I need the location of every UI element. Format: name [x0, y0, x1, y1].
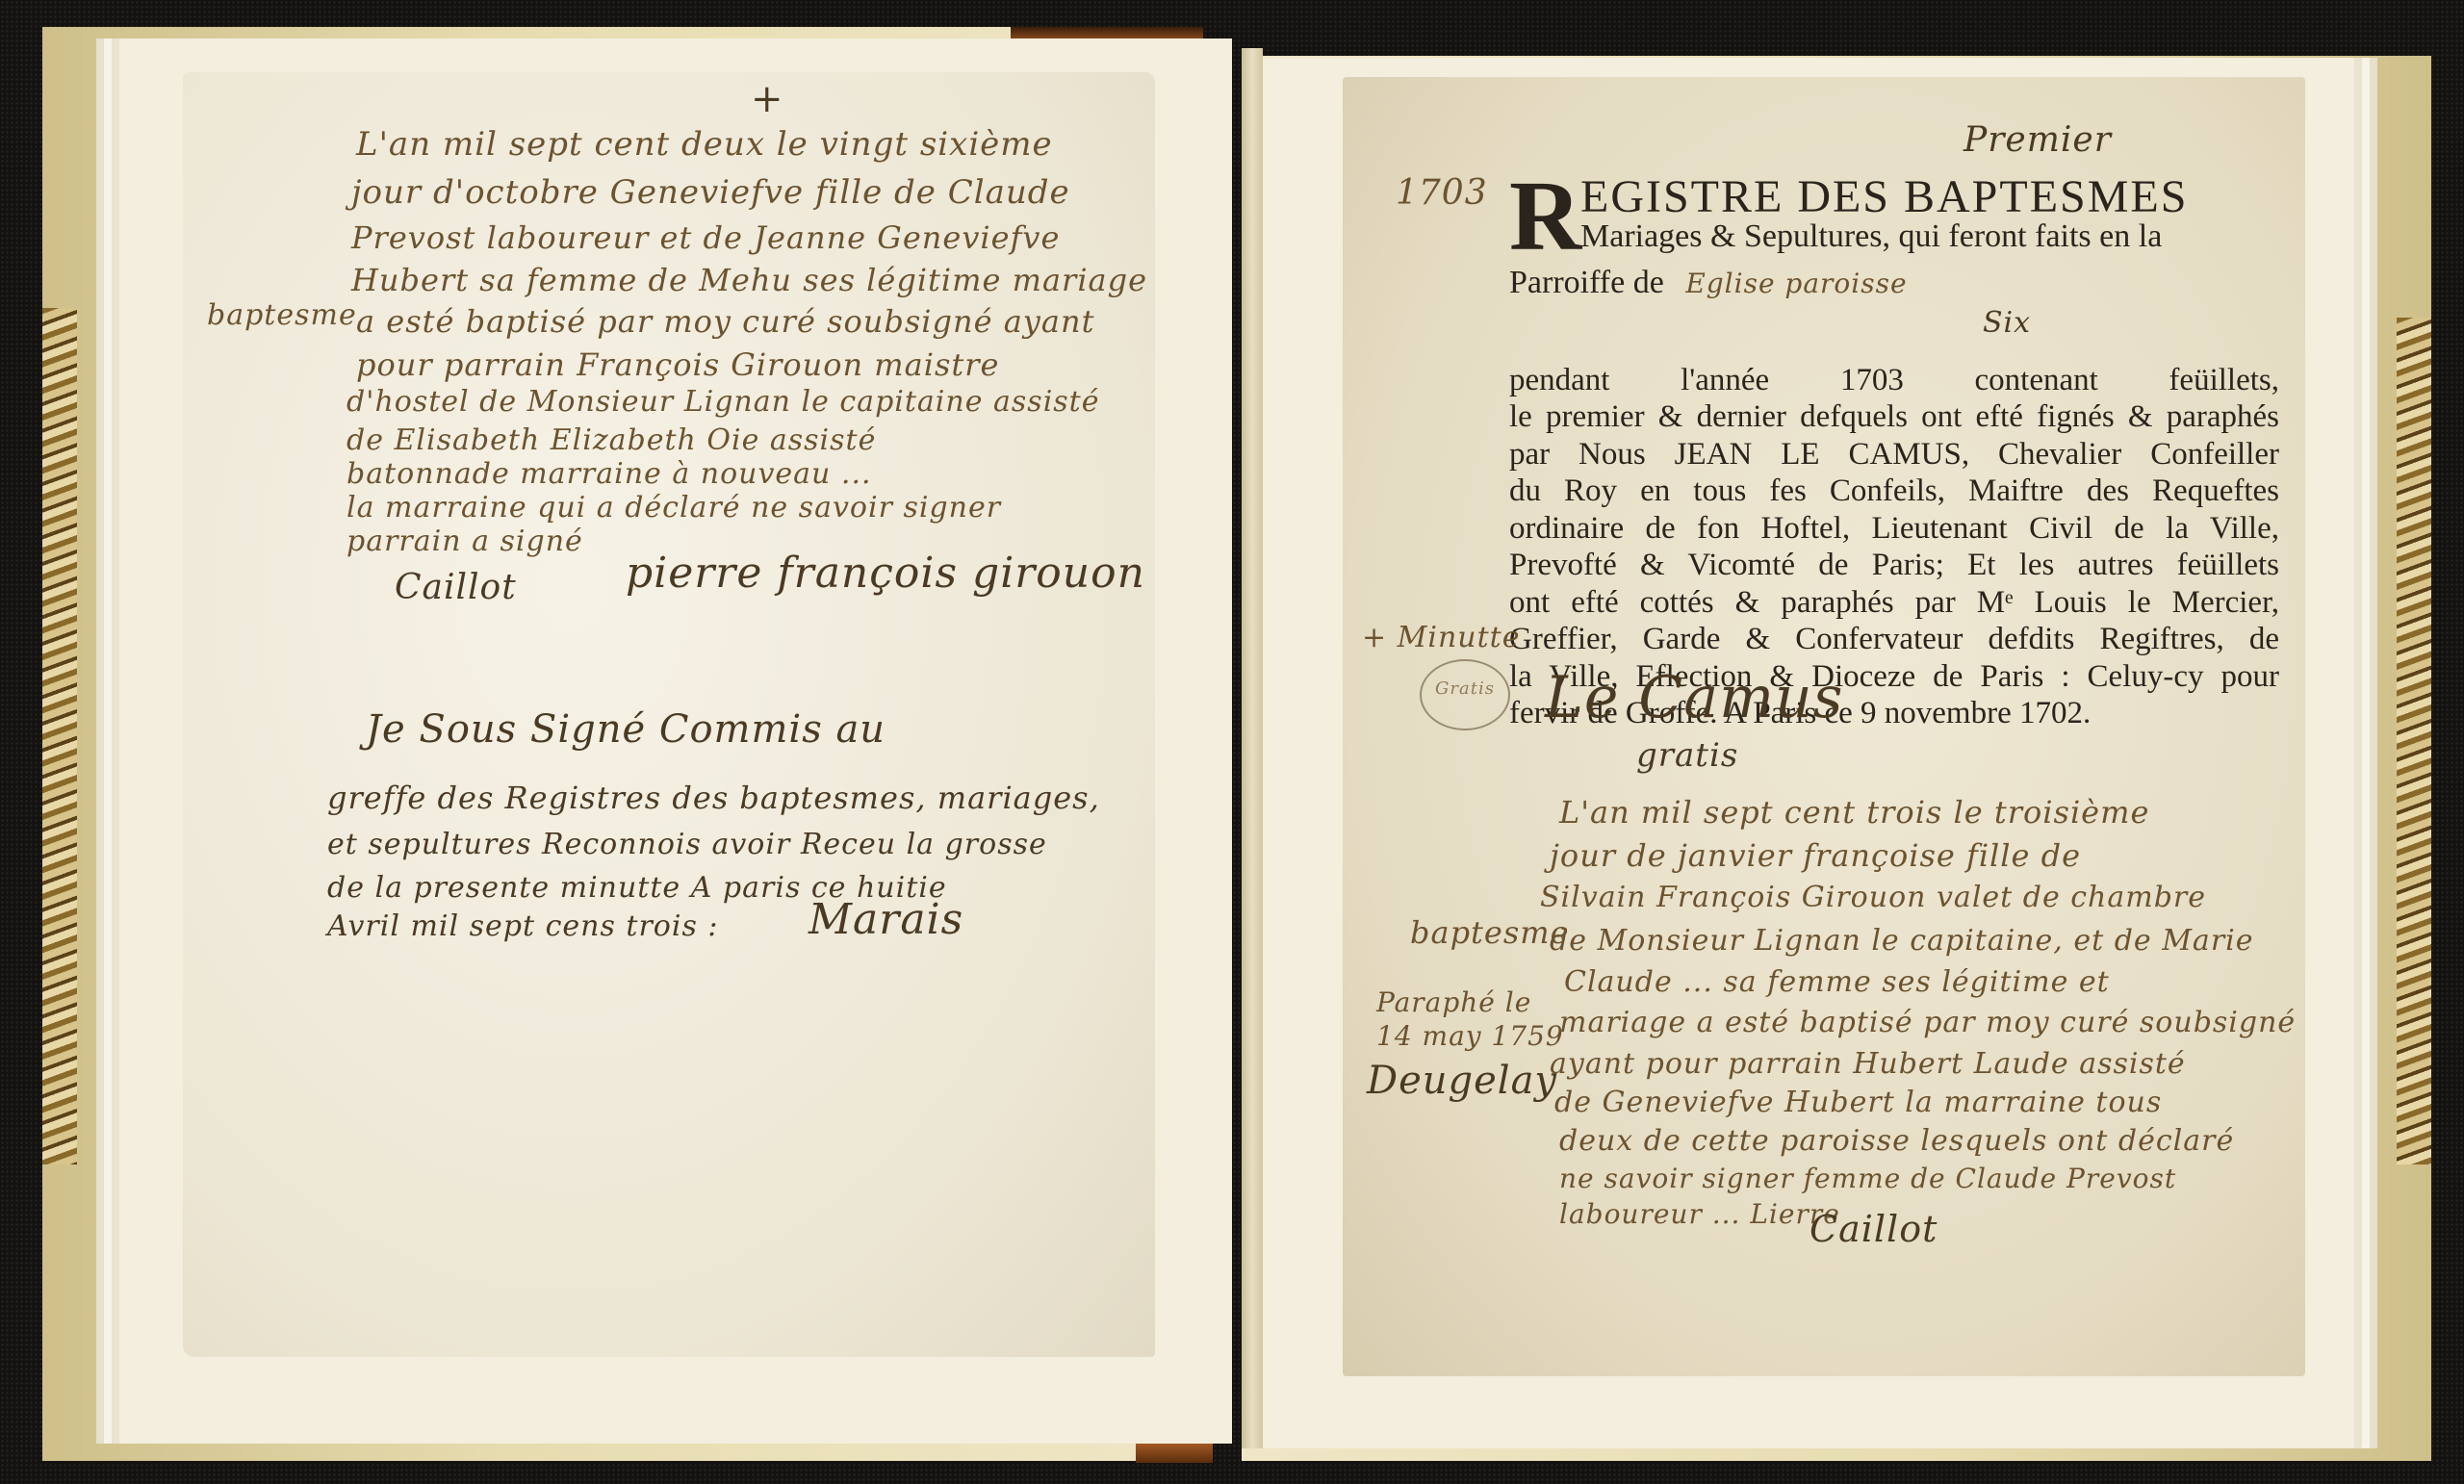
register-body-line: ont efté cottés & paraphés par Mᵉ Louis …	[1509, 584, 2279, 622]
printed-register-header: R EGISTRE DES BAPTESMES Mariages & Sepul…	[1509, 168, 2279, 732]
left-entry-line: parrain a signé	[346, 525, 583, 558]
right-entry-line: Claude ... sa femme ses légitime et	[1564, 965, 2110, 999]
official-subscript: gratis	[1636, 736, 1738, 775]
register-body-line: Prevofté & Vicomté de Paris; Et les autr…	[1509, 547, 2279, 584]
register-title: R EGISTRE DES BAPTESMES Mariages & Sepul…	[1509, 168, 2279, 245]
marbled-endpaper-left	[42, 308, 77, 1164]
right-entry-line: L'an mil sept cent trois le troisième	[1559, 794, 2149, 831]
left-entry-line: de Elisabeth Elizabeth Oie assisté	[346, 423, 876, 457]
parish-line: Parroiffe de Eglise paroisse	[1509, 265, 2279, 302]
entry-signature: Caillot	[1809, 1208, 1938, 1250]
left-entry-line: pour parrain François Girouon maistre	[356, 346, 999, 383]
register-body-line: pendant l'année 1703 contenant feüillets…	[1509, 362, 2279, 399]
register-body-line: le premier & dernier defquels ont efté f…	[1509, 398, 2279, 436]
right-entry-line: Silvain François Girouon valet de chambr…	[1540, 881, 2206, 914]
left-margin-note: baptesme	[207, 298, 357, 332]
right-entry-line: jour de janvier françoise fille de	[1550, 837, 2081, 874]
certificate-signature: Marais	[808, 895, 963, 944]
right-entry-line: deux de cette paroisse lesquels ont décl…	[1559, 1124, 2234, 1158]
register-body-line: du Roy en tous fes Confeils, Maiftre des…	[1509, 473, 2279, 510]
official-signature: Le Camus	[1545, 664, 1843, 731]
margin-minutte: + Minutte	[1362, 621, 1521, 654]
register-body-line: par Nous JEAN LE CAMUS, Chevalier Confei…	[1509, 436, 2279, 473]
left-entry-line: Prevost laboureur et de Jeanne Geneviefv…	[351, 219, 1060, 256]
left-entry-line: L'an mil sept cent deux le vingt sixième	[356, 125, 1053, 164]
right-margin-note: baptesme	[1410, 914, 1570, 951]
left-entry-line: d'hostel de Monsieur Lignan le capitaine…	[346, 385, 1100, 419]
right-entry-line: ayant pour parrain Hubert Laude assisté	[1550, 1047, 2186, 1081]
margin-paraphe-date: 14 may 1759	[1376, 1020, 1564, 1052]
marbled-endpaper-right	[2397, 318, 2431, 1164]
left-entry-line: la marraine qui a déclaré ne savoir sign…	[346, 491, 1001, 525]
year-mark: 1703	[1396, 173, 1488, 213]
gratis-stamp: Gratis	[1420, 659, 1510, 730]
margin-signature: Deugelay	[1367, 1059, 1557, 1103]
title-subtitle: Mariages & Sepultures, qui feront faits …	[1580, 218, 2162, 255]
left-signature: pierre françois girouon	[626, 549, 1145, 598]
register-body-line: Greffier, Garde & Confervateur defdits R…	[1509, 621, 2279, 658]
right-entry-line: de Monsieur Lignan le capitaine, et de M…	[1550, 924, 2254, 958]
title-text: EGISTRE DES BAPTESMES	[1580, 170, 2188, 223]
left-entry-line: Hubert sa femme de Mehu ses légitime mar…	[351, 262, 1147, 298]
margin-paraphe: Paraphé le	[1376, 986, 1531, 1018]
left-signature: Caillot	[395, 568, 517, 607]
certificate-line: Avril mil sept cens trois :	[327, 909, 718, 943]
left-entry-line: jour d'octobre Geneviefve fille de Claud…	[351, 173, 1070, 212]
parish-handwritten: Eglise paroisse	[1685, 268, 1907, 299]
folio-mark: +	[751, 77, 784, 121]
feuillets-handwritten: Six	[1983, 306, 2031, 340]
left-entry-line: a esté baptisé par moy curé soubsigné ay…	[356, 303, 1094, 340]
right-entry-line: laboureur ... Lierre	[1559, 1198, 1840, 1230]
left-entry-line: batonnade marraine à nouveau ...	[346, 457, 872, 491]
title-dropcap: R	[1509, 168, 1581, 265]
certificate-line: Je Sous Signé Commis au	[366, 707, 885, 752]
certificate-line: et sepultures Reconnois avoir Receu la g…	[327, 828, 1047, 861]
register-body-line: ordinaire de fon Hoftel, Lieutenant Civi…	[1509, 510, 2279, 548]
heading-annotation: Premier	[1963, 120, 2112, 160]
gratis-stamp-text: Gratis	[1435, 678, 1495, 699]
right-entry-line: mariage a esté baptisé par moy curé soub…	[1559, 1006, 2296, 1039]
right-entry-line: ne savoir signer femme de Claude Prevost	[1559, 1163, 2176, 1194]
certificate-line: greffe des Registres des baptesmes, mari…	[327, 780, 1100, 816]
book-gutter	[1242, 48, 1263, 1448]
right-entry-line: de Geneviefve Hubert la marraine tous	[1554, 1086, 2162, 1119]
